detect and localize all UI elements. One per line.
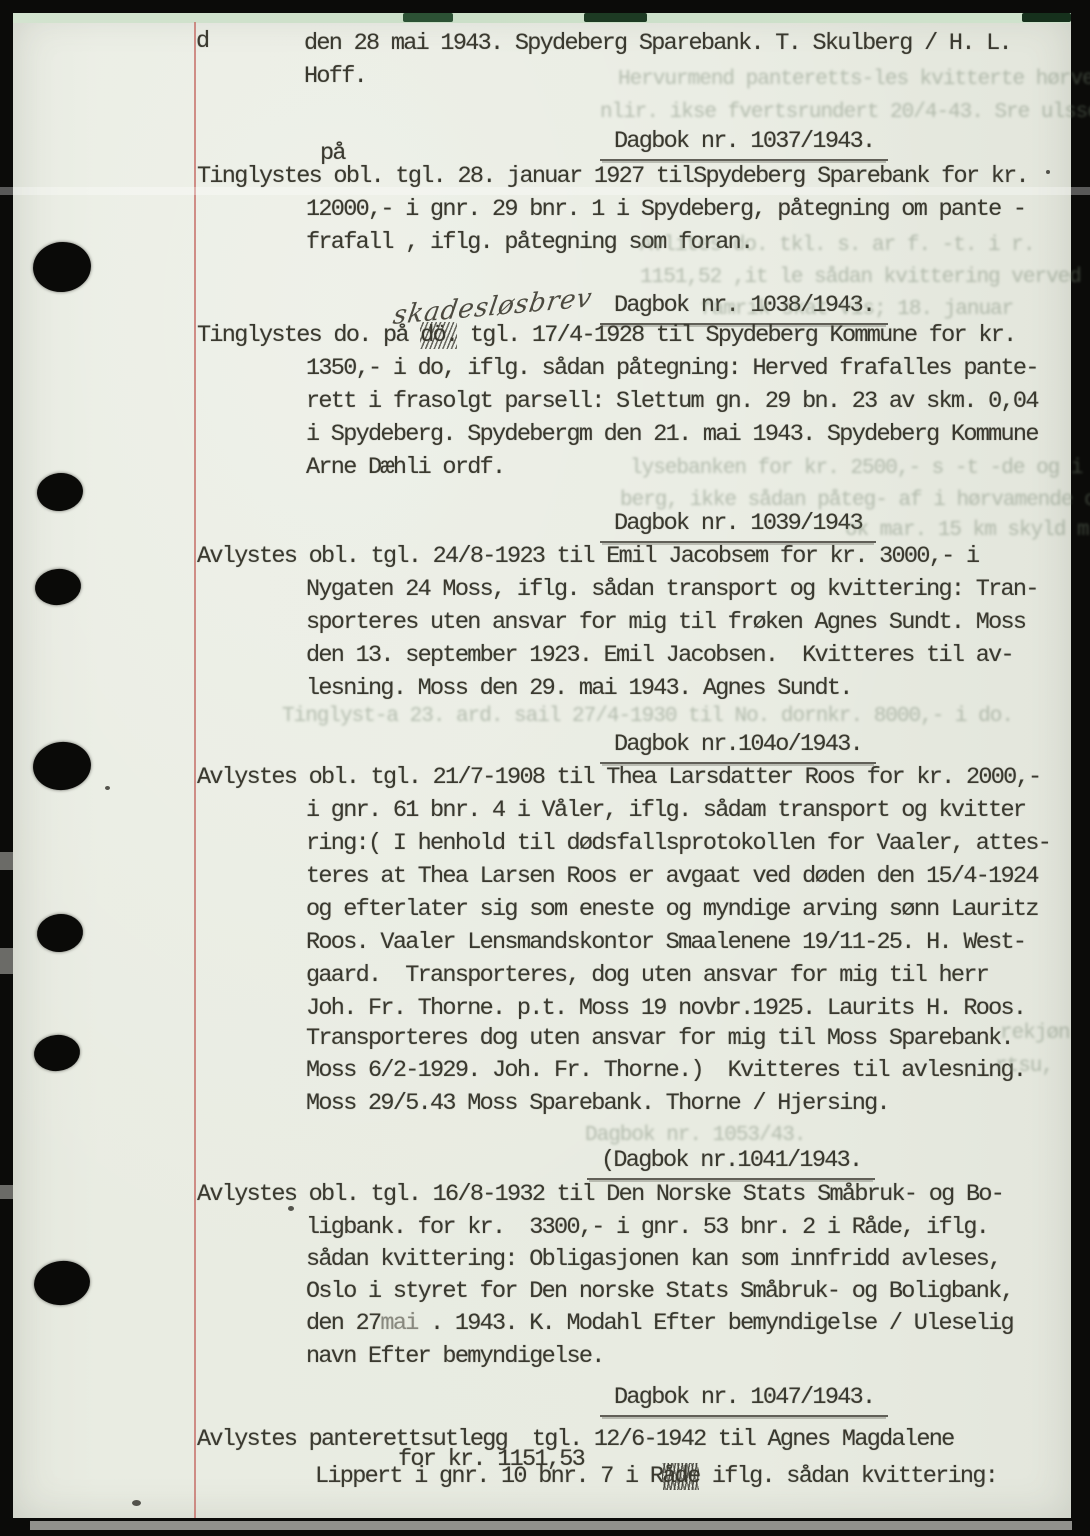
scan-artifact (1022, 13, 1071, 22)
text-line: Hoff. (304, 63, 366, 90)
text-line: Roos. Vaaler Lensmandskontor Smaalenene … (306, 929, 1025, 956)
text-segment: Moss 6/2-1929. Joh. Fr. Thorne.) Kvitter… (306, 1057, 1025, 1084)
text-line: i gnr. 61 bnr. 4 i Våler, iflg. sådam tr… (306, 797, 1025, 824)
text-segment: famrik skat vis; 18. januar (700, 298, 1013, 321)
text-line: Oslo i styret for Den norske Stats Småbr… (306, 1278, 1013, 1305)
text-line: teres at Thea Larsen Roos er avgaat ved … (306, 863, 1038, 890)
text-segment: . 1943. K. Modahl Efter bemyndigelse / U… (418, 1310, 1013, 1337)
text-segment: mai (380, 1310, 417, 1337)
text-line: Moss 29/5.43 Moss Sparebank. Thorne / Hj… (306, 1090, 889, 1117)
text-segment: og efterlater sig som eneste og myndige … (306, 896, 1038, 923)
ink-speck (132, 1500, 141, 1506)
text-segment: Joh. Fr. Thorne. p.t. Moss 19 novbr.1925… (306, 995, 1025, 1022)
bleedthrough-line: rtsu, (995, 1053, 1053, 1080)
text-segment: berg, ikke sådan påteg- af i hørvamende … (620, 489, 1090, 512)
text-segment: Moss 29/5.43 Moss Sparebank. Thorne / Hj… (306, 1090, 889, 1117)
text-line: rett i frasolgt parsell: Slettum gn. 29 … (306, 388, 1038, 415)
bleedthrough-line: 1151,52 ,it le sådan kvittering verved k… (640, 264, 1090, 291)
text-segment: gaard. Transporteres, dog uten ansvar fo… (306, 962, 988, 989)
text-line: den 27mai . 1943. K. Modahl Efter bemynd… (306, 1310, 1013, 1337)
ink-speck (1046, 170, 1050, 174)
text-segment: ligbank. for kr. 3300,- i gnr. 53 bnr. 2… (306, 1214, 988, 1241)
text-segment: 12000,- i gnr. 29 bnr. 1 i Spydeberg, på… (306, 196, 1025, 223)
text-line: i Spydeberg. Spydebergm den 21. mai 1943… (306, 421, 1038, 448)
bleedthrough-line: Avlites do. tkl. s. ar f. -t. i r. (640, 232, 1034, 259)
text-segment: Dagbok nr. 1039/1943 (614, 510, 862, 537)
scan-artifact (584, 13, 647, 22)
text-line: Avlystes obl. tgl. 24/8-1923 til Emil Ja… (197, 543, 978, 570)
text-segment: Tinglystes obl. tgl. 28. januar 1927 til… (197, 163, 1028, 190)
text-segment: iflg. sådan kvittering: (699, 1463, 997, 1490)
text-segment: Avlites do. tkl. s. ar f. -t. i r. (640, 234, 1034, 257)
text-line: sådan kvittering: Obligasjonen kan som i… (306, 1246, 1001, 1273)
bleedthrough-line: famrik skat vis; 18. januar (700, 296, 1013, 323)
bleedthrough-line: ok mar. 15 km skyld m. 0.12 (845, 517, 1090, 544)
text-segment: Arne Dæhli ordf. (306, 454, 504, 481)
text-segment: i Spydeberg. Spydebergm den 21. mai 1943… (306, 421, 1038, 448)
text-segment: rekjøn (1000, 1022, 1070, 1045)
scanned-document-page: d den 28 mai 1943. Spydeberg Sparebank. … (0, 0, 1090, 1536)
text-segment: Avlystes obl. tgl. 21/7-1908 til Thea La… (197, 764, 1040, 791)
text-segment: Avlystes obl. tgl. 24/8-1923 til Emil Ja… (197, 543, 978, 570)
text-line: Arne Dæhli ordf. (306, 454, 504, 481)
heading-line: Dagbok nr. 1047/1943. (600, 1384, 888, 1417)
text-line: 12000,- i gnr. 29 bnr. 1 i Spydeberg, på… (306, 196, 1025, 223)
bleedthrough-line: nlir. ikse fvertsrundert 20/4-43. Sre ul… (600, 99, 1090, 126)
text-segment: tgl. 17/4-1928 til Spydeberg Kommune for… (457, 322, 1015, 349)
text-line: Transporteres dog uten ansvar for mig ti… (306, 1025, 1013, 1052)
text-line: Joh. Fr. Thorne. p.t. Moss 19 novbr.1925… (306, 995, 1025, 1022)
scribbled-correction: åde (662, 1463, 699, 1490)
text-segment: rett i frasolgt parsell: Slettum gn. 29 … (306, 388, 1038, 415)
bleedthrough-line: berg, ikke sådan påteg- af i hørvamende … (620, 487, 1090, 514)
text-line: og efterlater sig som eneste og myndige … (306, 896, 1038, 923)
text-line: Moss 6/2-1929. Joh. Fr. Thorne.) Kvitter… (306, 1057, 1025, 1084)
text-segment: Tinglyst-a 23. ard. sail 27/4-1930 til N… (282, 705, 1013, 728)
text-line: Avlystes obl. tgl. 21/7-1908 til Thea La… (197, 764, 1040, 791)
text-segment: ok mar. 15 km skyld m. 0.12 (845, 519, 1090, 542)
text-line: lesning. Moss den 29. mai 1943. Agnes Su… (306, 675, 852, 702)
text-segment: nlir. ikse fvertsrundert 20/4-43. Sre ul… (600, 101, 1090, 124)
text-segment: Lippert i gnr. 10 bnr. 7 i R (315, 1463, 662, 1490)
text-segment: Hervurmend panteretts-les kvitterte hørv… (618, 68, 1090, 91)
text-line: den 13. september 1923. Emil Jacobsen. K… (306, 642, 1013, 669)
text-segment: lysebanken for kr. 2500,- s -t -de og i … (630, 457, 1090, 480)
text-segment: den 13. september 1923. Emil Jacobsen. K… (306, 642, 1013, 669)
text-layer: den 28 mai 1943. Spydeberg Sparebank. T.… (0, 0, 1090, 1536)
text-line: Avlystes obl. tgl. 16/8-1932 til Den Nor… (197, 1181, 1003, 1208)
text-segment: navn Efter bemyndigelse. (306, 1343, 604, 1370)
text-segment: sporteres uten ansvar for mig til frøken… (306, 609, 1025, 636)
text-segment: 1151,52 ,it le sådan kvittering verved k… (640, 266, 1090, 289)
text-segment: den 28 mai 1943. Spydeberg Sparebank. T.… (304, 30, 1011, 57)
text-line: Nygaten 24 Moss, iflg. sådan transport o… (306, 576, 1038, 603)
text-segment: sådan kvittering: Obligasjonen kan som i… (306, 1246, 1001, 1273)
text-segment: 1350,- i do, iflg. sådan påtegning: Herv… (306, 355, 1038, 382)
text-line: den 28 mai 1943. Spydeberg Sparebank. T.… (304, 30, 1011, 57)
text-line: navn Efter bemyndigelse. (306, 1343, 604, 1370)
text-segment: Hoff. (304, 63, 366, 90)
heading-line: (Dagbok nr.1041/1943. (587, 1147, 875, 1180)
text-segment: den 27 (306, 1310, 380, 1337)
text-line: ring:( I henhold til dødsfallsprotokolle… (306, 830, 1050, 857)
text-segment: Roos. Vaaler Lensmandskontor Smaalenene … (306, 929, 1025, 956)
bleedthrough-line: Dagbok nr. 1053/43. (585, 1122, 805, 1149)
text-segment: Tinglystes do. på (197, 322, 420, 349)
text-segment: Oslo i styret for Den norske Stats Småbr… (306, 1278, 1013, 1305)
text-line: sporteres uten ansvar for mig til frøken… (306, 609, 1025, 636)
text-line: 1350,- i do, iflg. sådan påtegning: Herv… (306, 355, 1038, 382)
bleedthrough-line: Hervurmend panteretts-les kvitterte hørv… (618, 66, 1090, 93)
bleedthrough-line: lysebanken for kr. 2500,- s -t -de og i … (630, 455, 1090, 482)
text-segment: Nygaten 24 Moss, iflg. sådan transport o… (306, 576, 1038, 603)
text-segment: Dagbok nr.104o/1943. (614, 731, 862, 758)
text-segment: Dagbok nr. 1053/43. (585, 1124, 805, 1147)
text-segment: Avlystes obl. tgl. 16/8-1932 til Den Nor… (197, 1181, 1003, 1208)
text-line: Tinglystes obl. tgl. 28. januar 1927 til… (197, 163, 1028, 190)
bleedthrough-line: rekjøn (1000, 1020, 1070, 1047)
text-segment: rtsu, (995, 1055, 1053, 1078)
text-segment: (Dagbok nr.1041/1943. (601, 1147, 861, 1174)
text-segment: Dagbok nr. 1047/1943. (614, 1384, 874, 1411)
text-line: gaard. Transporteres, dog uten ansvar fo… (306, 962, 988, 989)
bleedthrough-line: Tinglyst-a 23. ard. sail 27/4-1930 til N… (282, 703, 1013, 730)
heading-line: Dagbok nr. 1039/1943 (600, 510, 876, 543)
scan-artifact (403, 13, 453, 22)
text-line: ligbank. for kr. 3300,- i gnr. 53 bnr. 2… (306, 1214, 988, 1241)
ink-speck (105, 786, 110, 790)
text-line: Tinglystes do. på dö. tgl. 17/4-1928 til… (197, 322, 1016, 349)
heading-line: Dagbok nr. 1037/1943. (600, 128, 888, 161)
text-segment: i gnr. 61 bnr. 4 i Våler, iflg. sådam tr… (306, 797, 1025, 824)
text-segment: Dagbok nr. 1037/1943. (614, 128, 874, 155)
struck-text: dö. (420, 322, 457, 349)
ink-speck (288, 1206, 294, 1211)
heading-line: Dagbok nr.104o/1943. (600, 731, 876, 764)
text-segment: teres at Thea Larsen Roos er avgaat ved … (306, 863, 1038, 890)
text-segment: ring:( I henhold til dødsfallsprotokolle… (306, 830, 1050, 857)
text-segment: lesning. Moss den 29. mai 1943. Agnes Su… (306, 675, 852, 702)
text-line: Lippert i gnr. 10 bnr. 7 i Råde iflg. så… (315, 1463, 997, 1490)
text-segment: Transporteres dog uten ansvar for mig ti… (306, 1025, 1013, 1052)
